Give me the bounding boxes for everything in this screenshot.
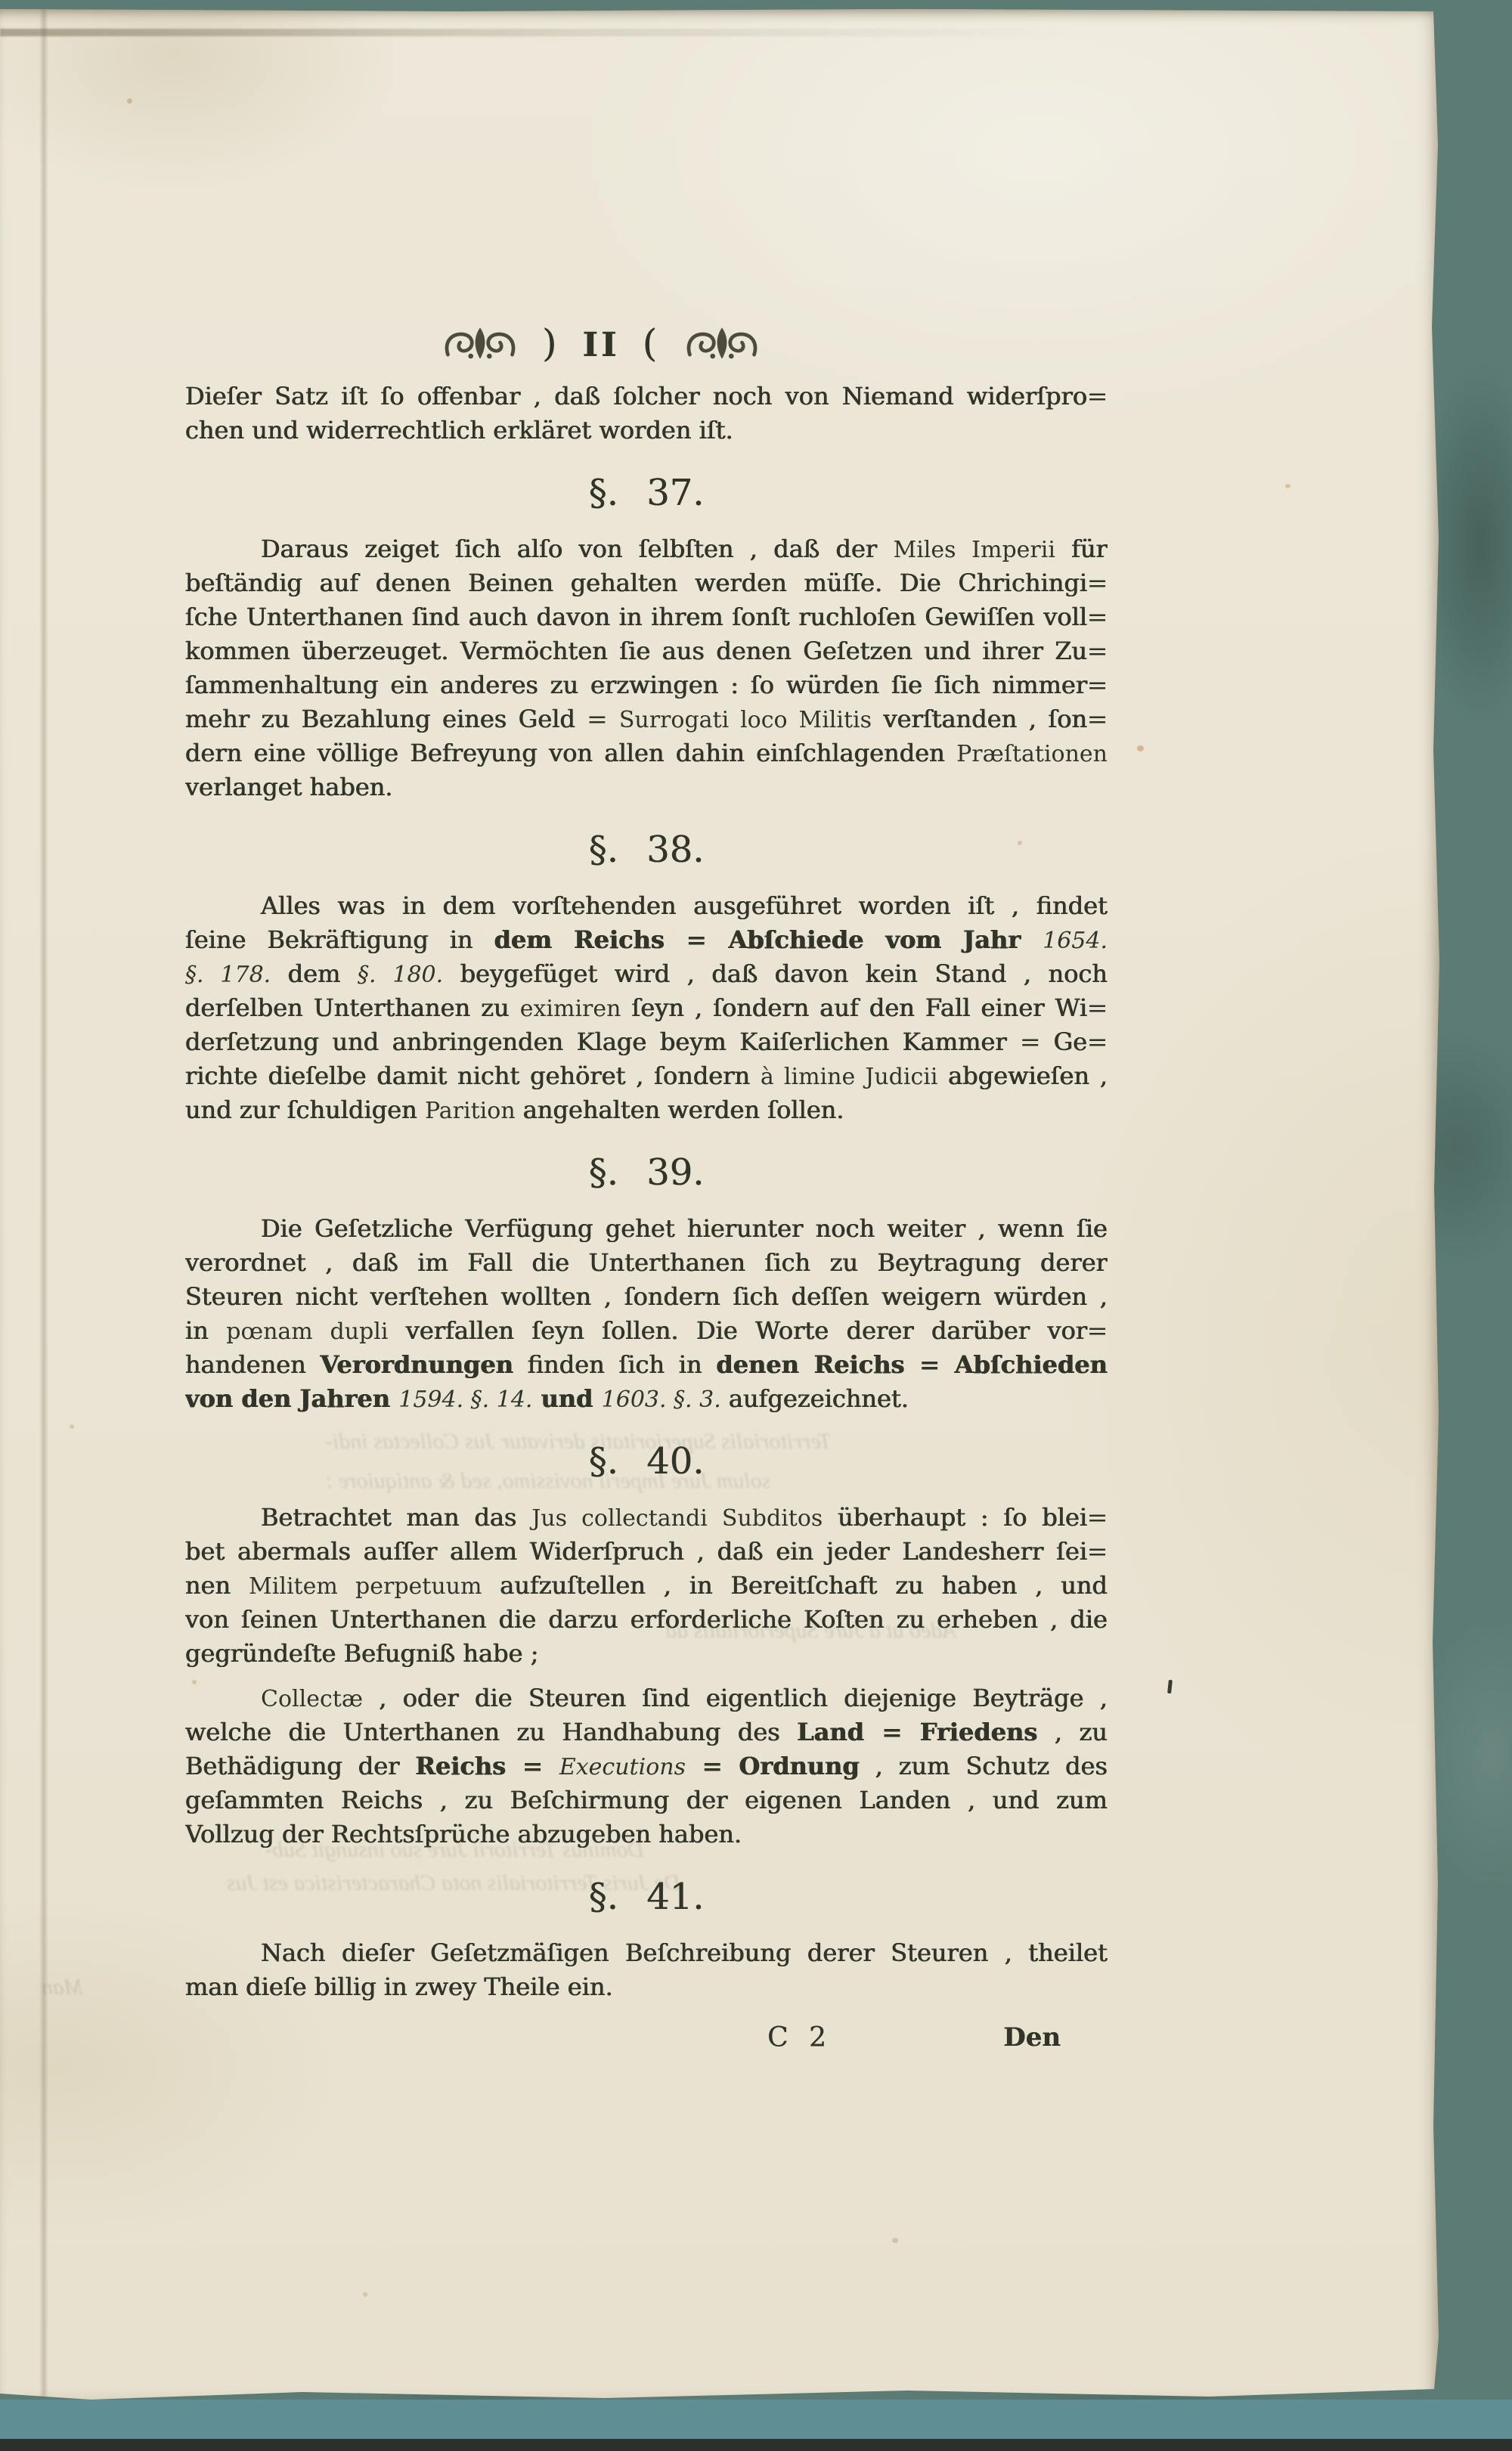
text-segment: Verordnungen [321, 1350, 513, 1379]
section-heading: §. 39. [185, 1151, 1108, 1194]
text-segment: beſtändig auf denen Beinen gehalten werd… [185, 569, 1108, 597]
paragraph: Betrachtet man das Jus collectandi Subdi… [185, 1501, 1108, 1671]
text-segment: verfallen ſeyn ſollen. Die Worte derer d… [388, 1316, 1108, 1345]
page-number-close-paren: ( [643, 321, 661, 365]
book-page-scan: Territorialis Superioritatis derivatur J… [0, 0, 1512, 2451]
text-line: ſche Unterthanen ſind auch davon in ihre… [185, 600, 1108, 634]
text-segment: ſche Unterthanen ſind auch davon in ihre… [185, 603, 1108, 631]
section-heading: §. 40. [185, 1440, 1108, 1483]
text-segment: welche die Unterthanen zu Handhabung des [185, 1718, 797, 1746]
text-segment: geſammten Reichs , zu Beſchirmung der ei… [185, 1786, 1108, 1814]
text-segment: Collectæ [261, 1686, 363, 1712]
text-segment: man dieſe billig in zwey Theile ein. [185, 1972, 613, 2001]
text-segment: aufzuſtellen , in Bereitſchaft zu haben … [482, 1571, 1108, 1600]
bleedthrough-text: Man [42, 1975, 83, 2000]
text-segment: Executions [559, 1754, 686, 1780]
text-segment: und [532, 1384, 601, 1413]
paragraph: Die Geſetzliche Verfügung gehet hierunte… [185, 1212, 1108, 1416]
text-segment: Reichs = [415, 1752, 559, 1780]
section-heading: §. 38. [185, 829, 1108, 871]
paragraph: Alles was in dem vorſtehenden ausgeführe… [185, 889, 1108, 1127]
text-segment: Nach dieſer Geſetzmäſigen Beſchreibung d… [261, 1938, 1108, 1967]
text-line: Nach dieſer Geſetzmäſigen Beſchreibung d… [185, 1936, 1108, 1970]
text-segment: beygefüget wird , daß davon kein Stand ,… [443, 959, 1108, 988]
text-segment: verſtanden , ſon= [872, 705, 1108, 733]
signature-mark: C 2 [767, 2022, 832, 2053]
text-line: dern eine völlige Befreyung von allen da… [185, 736, 1108, 770]
text-line: derſelben Unterthanen zu eximiren ſeyn ,… [185, 991, 1108, 1025]
text-segment: Betrachtet man das [261, 1503, 531, 1532]
text-line: Steuren nicht verſtehen wollten , ſonder… [185, 1280, 1108, 1314]
text-segment: nen [185, 1571, 249, 1600]
text-segment: in [185, 1316, 226, 1345]
paragraph: Daraus zeiget ſich alſo von ſelbſten , d… [185, 532, 1108, 804]
text-segment: abgewieſen , [937, 1061, 1108, 1090]
text-segment: Militem perpetuum [249, 1573, 482, 1600]
text-segment: mehr zu Bezahlung eines Geld = [185, 705, 619, 733]
page-header: ) II ( [140, 321, 1062, 369]
text-segment: = Ordnung [686, 1752, 860, 1780]
text-line: von ſeinen Unterthanen die darzu erforde… [185, 1603, 1108, 1637]
text-segment: , zum Schutz des [860, 1752, 1108, 1780]
section-heading: §. 41. [185, 1876, 1108, 1918]
text-segment: für [1055, 535, 1108, 563]
text-line: bet abermals auſſer allem Widerſpruch , … [185, 1535, 1108, 1569]
gutter-crease [39, 9, 48, 2401]
foxing-spot [127, 98, 132, 104]
text-segment: Dieſer Satz iſt ſo offenbar , daß ſolche… [185, 382, 1108, 411]
text-segment: denen Reichs = Abſchieden [716, 1350, 1108, 1379]
foxing-spot [1137, 745, 1144, 751]
text-segment: eximiren [520, 996, 621, 1022]
text-segment: angehalten werden ſollen. [516, 1095, 844, 1124]
page-footer: C 2 Den [185, 2022, 1108, 2068]
text-segment: von ſeinen Unterthanen die darzu erforde… [185, 1605, 1108, 1634]
text-segment: Alles was in dem vorſtehenden ausgeführe… [261, 891, 1108, 920]
text-line: Vollzug der Rechtsſprüche abzugeben habe… [185, 1817, 1108, 1851]
text-segment: Bethädigung der [185, 1752, 415, 1780]
text-segment: Miles Imperii [893, 537, 1055, 563]
text-line: gegründeſte Befugniß habe ; [185, 1637, 1108, 1671]
catchword: Den [1003, 2022, 1061, 2053]
text-line: Die Geſetzliche Verfügung gehet hierunte… [185, 1212, 1108, 1246]
text-line: handenen Verordnungen finden ſich in den… [185, 1348, 1108, 1382]
text-segment: verlanget haben. [185, 773, 393, 801]
foxing-spot [70, 1424, 74, 1429]
paragraph: Dieſer Satz iſt ſo offenbar , daß ſolche… [185, 380, 1108, 448]
text-line: Dieſer Satz iſt ſo offenbar , daß ſolche… [185, 380, 1108, 414]
text-line: verlanget haben. [185, 770, 1108, 804]
text-segment: aufgezeichnet. [721, 1384, 909, 1413]
text-line: Betrachtet man das Jus collectandi Subdi… [185, 1501, 1108, 1535]
text-line: Daraus zeiget ſich alſo von ſelbſten , d… [185, 532, 1108, 566]
text-segment: richte dieſelbe damit nicht gehöret , ſo… [185, 1061, 761, 1090]
text-line: welche die Unterthanen zu Handhabung des… [185, 1715, 1108, 1749]
text-line: verordnet , daß im Fall die Unterthanen … [185, 1246, 1108, 1280]
text-line: chen und widerrechtlich erkläret worden … [185, 414, 1108, 448]
text-line: derſetzung und anbringenden Klage beym K… [185, 1025, 1108, 1059]
text-segment: pœnam dupli [226, 1318, 388, 1345]
top-edge-crease [0, 29, 1074, 36]
text-segment: bet abermals auſſer allem Widerſpruch , … [185, 1537, 1108, 1566]
text-segment: verordnet , daß im Fall die Unterthanen … [185, 1248, 1108, 1277]
foxing-spot [1285, 484, 1290, 488]
text-segment: dem [271, 959, 358, 988]
paragraph: Nach dieſer Geſetzmäſigen Beſchreibung d… [185, 1936, 1108, 2004]
text-segment: 1654. [1043, 928, 1108, 954]
section-heading: §. 37. [185, 472, 1108, 514]
paragraph: Collectæ , oder die Steuren ſind eigentl… [185, 1681, 1108, 1851]
text-line: Alles was in dem vorſtehenden ausgeführe… [185, 889, 1108, 923]
text-line: man dieſe billig in zwey Theile ein. [185, 1970, 1108, 2004]
text-segment: Surrogati loco Militis [619, 707, 872, 733]
text-segment: , oder die Steuren ſind eigentlich dieje… [363, 1684, 1108, 1712]
text-segment: Daraus zeiget ſich alſo von ſelbſten , d… [261, 535, 893, 563]
text-line: §. 178. dem §. 180. beygefüget wird , da… [185, 957, 1108, 991]
text-segment: überhaupt : ſo blei= [823, 1503, 1108, 1532]
text-line: von den Jahren 1594. §. 14. und 1603. §.… [185, 1382, 1108, 1416]
text-segment: Steuren nicht verſtehen wollten , ſonder… [185, 1282, 1108, 1311]
text-segment: chen und widerrechtlich erkläret worden … [185, 416, 733, 445]
text-segment: Die Geſetzliche Verfügung gehet hierunte… [261, 1214, 1108, 1243]
text-segment: §. 178. [185, 962, 271, 988]
text-line: ſammenhaltung ein anderes zu erzwingen :… [185, 668, 1108, 702]
text-segment: und zur ſchuldigen [185, 1095, 425, 1124]
page-number-open-paren: ) [542, 321, 560, 365]
text-segment: derſetzung und anbringenden Klage beym K… [185, 1027, 1108, 1056]
text-segment: Land = Friedens [797, 1718, 1037, 1746]
text-segment: ſammenhaltung ein anderes zu erzwingen :… [185, 671, 1108, 699]
text-segment: Jus collectandi Subditos [531, 1505, 823, 1532]
fleuron-ornament-left [441, 324, 519, 365]
text-line: in pœnam dupli verfallen ſeyn ſollen. Di… [185, 1314, 1108, 1348]
text-segment: Parition [425, 1098, 516, 1124]
text-segment: derſelben Unterthanen zu [185, 993, 520, 1022]
text-line: geſammten Reichs , zu Beſchirmung der ei… [185, 1783, 1108, 1817]
text-line: und zur ſchuldigen Parition angehalten w… [185, 1093, 1108, 1127]
foxing-spot [363, 2292, 367, 2297]
text-line: beſtändig auf denen Beinen gehalten werd… [185, 566, 1108, 600]
text-segment: von den Jahren [185, 1384, 398, 1413]
text-segment: , zu [1037, 1718, 1108, 1746]
text-segment: handenen [185, 1350, 321, 1379]
text-line: ſeine Bekräftigung in dem Reichs = Abſch… [185, 923, 1108, 957]
text-segment: finden ſich in [513, 1350, 716, 1379]
text-segment: kommen überzeuget. Vermöchten ſie aus de… [185, 637, 1108, 665]
text-segment: ſeyn , ſondern auf den Fall einer Wi= [621, 993, 1108, 1022]
text-segment: dem Reichs = Abſchiede vom Jahr [494, 925, 1043, 954]
text-line: richte dieſelbe damit nicht gehöret , ſo… [185, 1059, 1108, 1093]
text-segment: 1603. §. 3. [602, 1387, 721, 1413]
bottom-board-band [0, 2400, 1512, 2439]
text-line: kommen überzeuget. Vermöchten ſie aus de… [185, 634, 1108, 668]
text-segment: 1594. §. 14. [398, 1387, 532, 1413]
page-number: II [582, 326, 619, 364]
text-column: ) II ( Dieſer Satz iſt ſo offenbar , daß… [185, 321, 1108, 2068]
text-segment: à limine Judicii [761, 1064, 938, 1090]
bottom-dark-band [0, 2439, 1512, 2451]
text-line: Bethädigung der Reichs = Executions = Or… [185, 1749, 1108, 1783]
text-segment: dern eine völlige Befreyung von allen da… [185, 739, 956, 767]
foxing-spot [892, 2238, 898, 2243]
text-segment: Præſtationen [956, 741, 1108, 767]
text-line: mehr zu Bezahlung eines Geld = Surrogati… [185, 702, 1108, 736]
page-body-text: Dieſer Satz iſt ſo offenbar , daß ſolche… [185, 380, 1108, 2004]
text-segment: gegründeſte Befugniß habe ; [185, 1639, 539, 1668]
text-segment: §. 180. [358, 962, 443, 988]
text-line: nen Militem perpetuum aufzuſtellen , in … [185, 1569, 1108, 1603]
text-line: Collectæ , oder die Steuren ſind eigentl… [185, 1681, 1108, 1715]
text-segment: ſeine Bekräftigung in [185, 925, 494, 954]
text-segment: Vollzug der Rechtsſprüche abzugeben habe… [185, 1820, 742, 1848]
fleuron-ornament-right [683, 324, 761, 365]
